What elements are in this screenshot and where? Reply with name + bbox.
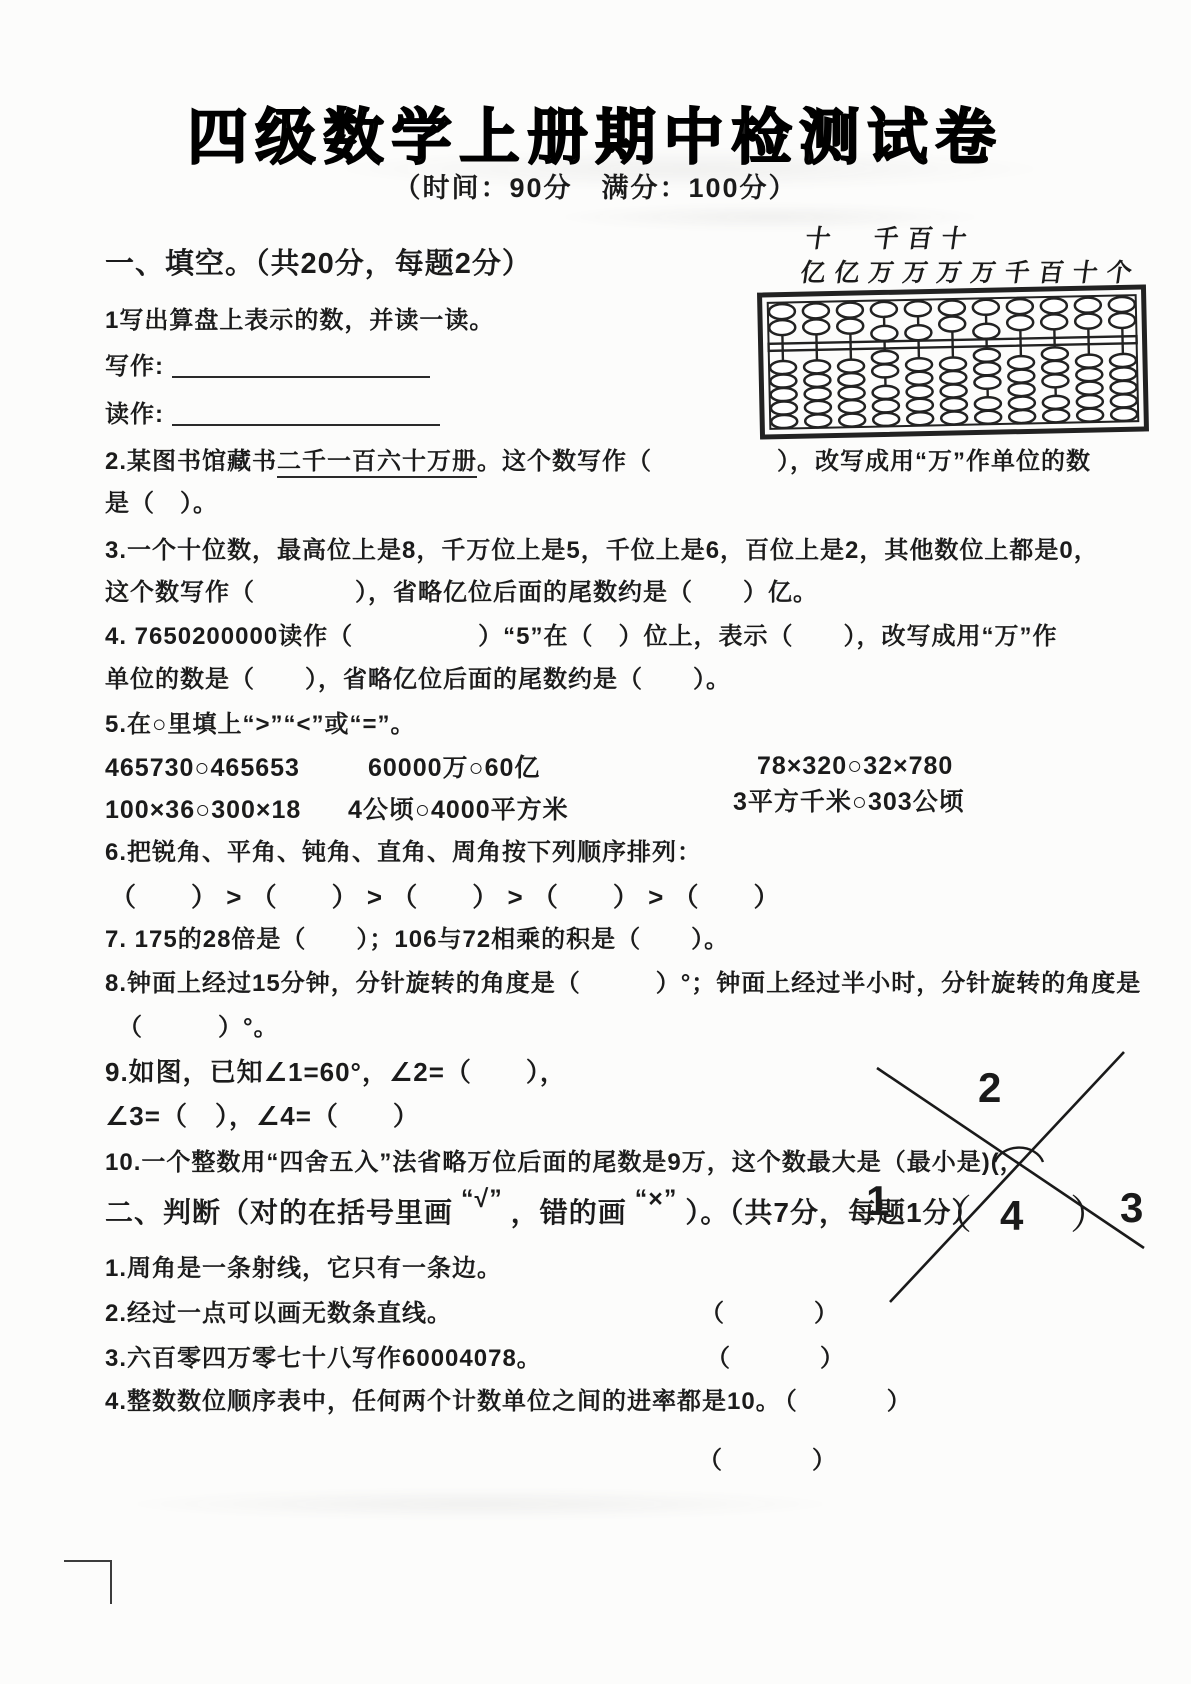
question-4-line1: 4. 7650200000读作（ ）“5”在（ ）位上，表示（ ），改写成用“万… <box>105 622 1058 652</box>
q2-post: 。这个数写作（ ），改写成用“万”作单位的数 <box>477 448 1091 475</box>
abacus-bead <box>974 376 1000 390</box>
abacus-bead <box>771 388 797 402</box>
q5-compare-4: 100×36○300×18 <box>105 795 301 826</box>
q5-compare-3: 78×320○32×780 <box>757 751 953 782</box>
judge-paren-2: （ ） <box>700 1299 852 1329</box>
s2-heading-pre: 二、判断（对的在括号里画 <box>105 1197 453 1228</box>
question-6-line1: 6.把锐角、平角、钝角、直角、周角按下列顺序排列： <box>105 838 702 868</box>
cross-mark: “×” <box>627 1185 686 1213</box>
abacus-bead <box>1111 394 1137 408</box>
page-corner-mark <box>64 1560 112 1604</box>
section1-heading: 一、填空。（共20分，每题2分） <box>105 246 532 282</box>
abacus-bead <box>770 374 796 388</box>
abacus-bead <box>771 401 797 415</box>
abacus-bead <box>1075 297 1101 313</box>
section2-heading: 二、判断（对的在括号里画“√”，错的画“×”）。（共7分，每题1分） <box>105 1195 981 1230</box>
abacus-bead <box>907 412 933 426</box>
abacus-bead <box>805 414 831 428</box>
judge-item-2: 2.经过一点可以画无数条直线。 <box>105 1299 452 1329</box>
abacus-bead <box>1077 408 1103 422</box>
q5-compare-2: 60000万○60亿 <box>368 753 540 784</box>
abacus-bead <box>973 300 999 316</box>
abacus-bead <box>1007 299 1033 315</box>
abacus-bead <box>939 300 965 316</box>
abacus-bead <box>975 411 1001 425</box>
abacus-bead <box>940 357 966 371</box>
abacus-bead <box>940 371 966 385</box>
abacus-bead <box>1041 314 1067 330</box>
abacus-bead <box>839 400 865 414</box>
page-subtitle: （时间：90分 满分：100分） <box>0 166 1191 205</box>
abacus-bead <box>873 399 899 413</box>
question-2-line1: 2.某图书馆藏书二千一百六十万册。这个数写作（ ），改写成用“万”作单位的数 <box>105 447 1091 477</box>
judge-item-4: 4.整数数位顺序表中，任何两个计数单位之间的进率都是10。（ ） <box>105 1387 925 1417</box>
abacus-bead <box>1076 354 1102 368</box>
q5-compare-1: 465730○465653 <box>105 753 300 784</box>
question-8-line1: 8.钟面上经过15分钟，分针旋转的角度是（ ）°；钟面上经过半小时，分针旋转的角… <box>105 969 1141 999</box>
abacus-bead <box>1008 356 1034 370</box>
abacus-bead <box>1043 409 1069 423</box>
judge-item-3: 3.六百零四万零七十八写作60004078。 <box>105 1344 542 1374</box>
write-label: 写作: <box>105 353 164 380</box>
question-9-line2: ∠3=（ ），∠4=（ ） <box>105 1100 420 1133</box>
abacus-svg <box>756 284 1149 440</box>
abacus-bead <box>805 401 831 415</box>
abacus-bead <box>906 371 932 385</box>
abacus-bead <box>837 302 863 318</box>
abacus-bead <box>872 364 898 378</box>
abacus-bead <box>1009 396 1035 410</box>
abacus-bead <box>871 326 897 342</box>
question-1-write-line: 写作: <box>105 352 430 382</box>
question-10-text: 10.一个整数用“四舍五入”法省略万位后面的尾数是9万，这个数最大是（最小是)(… <box>105 1148 1025 1178</box>
question-6-line2: （ ） > （ ） > （ ） > （ ） > （ ） <box>110 881 781 914</box>
q5-compare-6: 3平方千米○303公顷 <box>733 787 965 818</box>
write-blank <box>172 352 430 378</box>
scan-smudge <box>120 1488 840 1520</box>
abacus-bead <box>1110 381 1136 395</box>
q2-underlined-number: 二千一百六十万册 <box>277 448 477 478</box>
abacus-bead <box>905 325 931 341</box>
abacus-bead <box>769 320 795 336</box>
abacus-bead <box>973 324 999 340</box>
abacus-bead <box>1042 361 1068 375</box>
judge-paren-3: （ ） <box>706 1344 858 1374</box>
abacus-bead <box>907 398 933 412</box>
question-1-read-line: 读作: <box>105 400 440 430</box>
abacus-bead <box>838 373 864 387</box>
abacus-bead <box>838 386 864 400</box>
abacus-bead <box>975 397 1001 411</box>
page-title: 四级数学上册期中检测试卷 <box>0 90 1191 176</box>
angle-label-2: 2 <box>978 1064 1001 1111</box>
abacus-bead <box>1008 369 1034 383</box>
abacus-bead <box>804 374 830 388</box>
abacus-bead <box>940 384 966 398</box>
question-5-heading: 5.在○里填上“>”“<”或“=”。 <box>105 710 416 740</box>
angle-label-3: 3 <box>1120 1184 1143 1231</box>
abacus-bead <box>871 302 897 318</box>
abacus-bead <box>771 415 797 429</box>
abacus-bead <box>1109 297 1135 313</box>
judge-item-1: 1.周角是一条射线，它只有一条边。 <box>105 1254 502 1284</box>
question-1-text: 1写出算盘上表示的数，并读一读。 <box>105 306 494 336</box>
judge-paren-4: （ ） <box>785 1388 925 1415</box>
abacus-bead <box>873 413 899 427</box>
abacus-bead <box>1110 354 1136 368</box>
question-2-line2: 是（ ）。 <box>105 489 218 519</box>
question-4-line2: 单位的数是（ ），省略亿位后面的尾数约是（ ）。 <box>105 665 731 695</box>
abacus-bead <box>803 303 829 319</box>
question-7-text: 7. 175的28倍是（ ）；106与72相乘的积是（ ）。 <box>105 925 729 955</box>
abacus-bead <box>1109 313 1135 329</box>
abacus-bead <box>1042 374 1068 388</box>
read-blank <box>172 400 440 426</box>
abacus-bead <box>839 413 865 427</box>
abacus-bead <box>1009 410 1035 424</box>
question-3-line1: 3.一个十位数，最高位上是8，千万位上是5，千位上是6，百位上是2，其他数位上都… <box>105 536 1099 566</box>
check-mark: “√” <box>453 1185 511 1213</box>
abacus-bead <box>1042 347 1068 361</box>
abacus-bead <box>1111 408 1137 422</box>
question-3-line2: 这个数写作（ ），省略亿位后面的尾数约是（ ）亿。 <box>105 578 818 608</box>
abacus-bead <box>1041 298 1067 314</box>
abacus-bead <box>906 385 932 399</box>
q5-compare-5: 4公顷○4000平方米 <box>348 795 569 826</box>
s2-heading-post: ）。（共7分，每题1分） <box>685 1197 980 1228</box>
s2-heading-mid: ，错的画 <box>511 1197 627 1228</box>
abacus-bead <box>1008 383 1034 397</box>
abacus-bead <box>803 319 829 335</box>
abacus-bead <box>837 318 863 334</box>
abacus-bead <box>770 361 796 375</box>
abacus-bead <box>769 304 795 320</box>
abacus-bead <box>1075 313 1101 329</box>
abacus-bead <box>838 359 864 373</box>
abacus-column-labels: 十亿亿千万百万十万万千百十个 <box>794 219 1144 287</box>
abacus-bead <box>804 360 830 374</box>
abacus-bead <box>941 398 967 412</box>
abacus-bead <box>805 387 831 401</box>
read-label: 读作: <box>105 401 164 428</box>
q2-pre: 2.某图书馆藏书 <box>105 448 277 475</box>
abacus-bead <box>1076 381 1102 395</box>
judge-item-4-text: 4.整数数位顺序表中，任何两个计数单位之间的进率都是10。 <box>105 1388 781 1415</box>
abacus-bead <box>1007 315 1033 331</box>
angle-label-4: 4 <box>1000 1192 1024 1239</box>
abacus-bead <box>939 316 965 332</box>
abacus-bead <box>906 358 932 372</box>
question-9-line1: 9.如图，已知∠1=60°，∠2=（ ）， <box>105 1056 567 1089</box>
figure-paren-close: ） <box>1070 1193 1110 1237</box>
abacus-bead <box>872 386 898 400</box>
abacus-bead <box>872 351 898 365</box>
abacus-bead <box>974 349 1000 363</box>
abacus-bead <box>1110 367 1136 381</box>
test-paper-page: 四级数学上册期中检测试卷 （时间：90分 满分：100分） 一、填空。（共20分… <box>0 0 1191 1684</box>
abacus-bead <box>1043 396 1069 410</box>
abacus-bead <box>1076 368 1102 382</box>
abacus-bead <box>974 362 1000 376</box>
judge-paren-5: （ ） <box>698 1446 850 1476</box>
question-8-line2: （ ）°。 <box>118 1013 279 1043</box>
abacus-bead <box>905 301 931 317</box>
abacus-bead <box>1077 395 1103 409</box>
abacus-bead <box>941 411 967 425</box>
